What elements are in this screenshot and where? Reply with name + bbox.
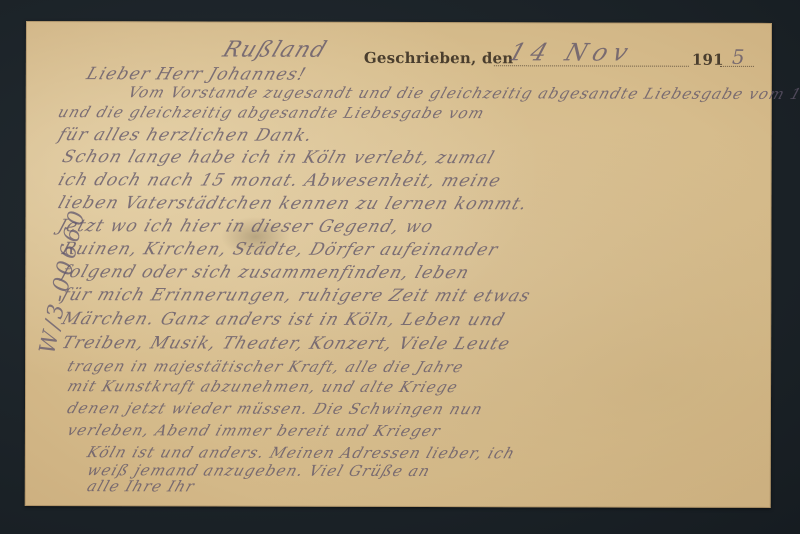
letter-line: Märchen. Ganz anders ist in Köln, Leben …	[59, 309, 508, 330]
letter-line: tragen in majestätischer Kraft, alle die…	[65, 357, 466, 376]
letter-line: Schon lange habe ich in Köln verlebt, zu…	[60, 147, 498, 168]
printed-date-label: Geschrieben, den	[364, 49, 514, 67]
photo-backdrop: Rußland Geschrieben, den 14 Nov 191 5 Li…	[0, 0, 800, 534]
letter-line: für mich Erinnerungen, ruhigere Zeit mit…	[59, 285, 533, 306]
handwritten-place: Rußland	[219, 38, 330, 63]
letter-line: verleben, Abend immer bereit und Krieger	[65, 421, 444, 440]
letter-line: folgend oder sich zusammenfinden, leben	[59, 262, 472, 283]
letter-line: ich doch nach 15 monat. Abwesenheit, mei…	[56, 170, 505, 191]
letter-line: Köln ist und anders. Meinen Adressen lie…	[85, 443, 518, 462]
handwritten-date: 14 Nov	[505, 38, 637, 66]
letter-line: Lieber Herr Johannes!	[84, 64, 309, 85]
letter-line: für alles herzlichen Dank.	[56, 125, 316, 146]
letter-line: lieben Vaterstädtchen kennen zu lernen k…	[55, 193, 530, 214]
letter-line: denen jetzt wieder müssen. Die Schwingen…	[65, 399, 486, 418]
letter-line: Ruinen, Kirchen, Städte, Dörfer aufeinan…	[59, 239, 501, 260]
postcard: Rußland Geschrieben, den 14 Nov 191 5 Li…	[25, 21, 772, 508]
handwritten-year-suffix: 5	[732, 45, 746, 69]
letter-line: und die gleichzeitig abgesandte Liebesga…	[56, 103, 488, 122]
letter-line: mit Kunstkraft abzunehmen, und alte Krie…	[65, 377, 461, 396]
letter-line: Jetzt wo ich hier in dieser Gegend, wo	[55, 216, 436, 237]
letter-line: Vom Vorstande zugesandt und die gleichze…	[126, 83, 800, 103]
letter-line: Treiben, Musik, Theater, Konzert, Viele …	[59, 333, 513, 354]
letter-line: alle Ihre Ihr	[85, 477, 198, 495]
